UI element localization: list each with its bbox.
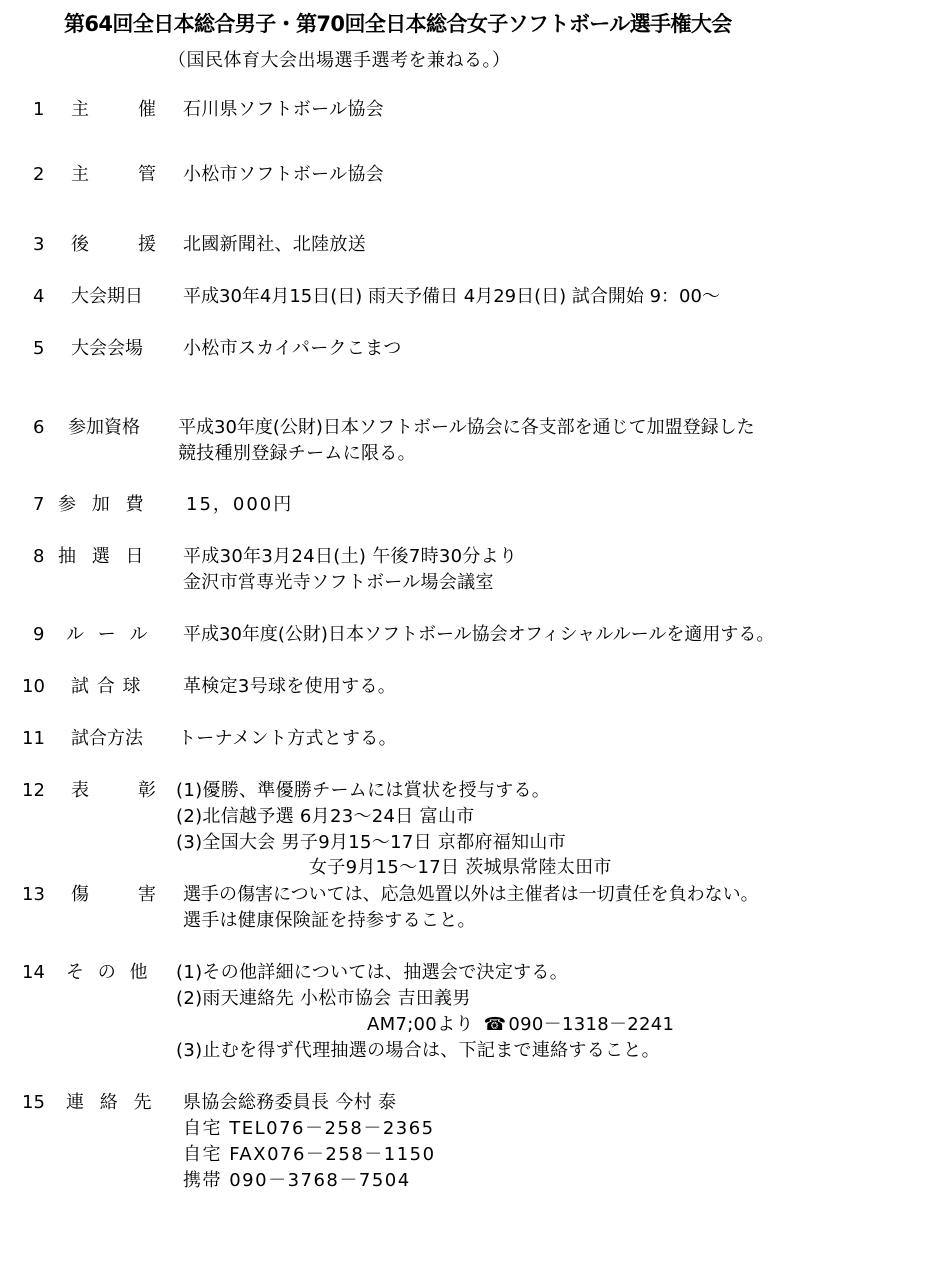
item-number: 14 [22, 962, 45, 984]
document-title: 第64回全日本総合男子・第70回全日本総合女子ソフトボール選手権大会 [64, 8, 732, 38]
item-value: 平成30年3月24日(土) 午後7時30分より [183, 546, 517, 568]
item-value: 競技種別登録チームに限る。 [178, 443, 416, 465]
item-label-part: 表 [71, 780, 89, 802]
item-number: 10 [22, 676, 45, 698]
item-number: 11 [22, 728, 45, 750]
item-label-part: 管 [138, 164, 156, 186]
item-label-part: 後 [71, 234, 89, 256]
item-value: (2)北信越予選 6月23〜24日 富山市 [176, 806, 475, 828]
item-label-part: 害 [138, 884, 156, 906]
item-number: 4 [33, 286, 44, 308]
item-value: 県協会総務委員長 今村 泰 [183, 1092, 396, 1114]
item-number: 6 [33, 417, 44, 439]
item-label: 試合方法 [71, 728, 143, 750]
item-label: 大会会場 [71, 338, 143, 360]
item-label: 連 絡 先 [66, 1092, 156, 1114]
document-subtitle: （国民体育大会出場選手選考を兼ねる。） [168, 46, 511, 72]
item-value: 小松市ソフトボール協会 [183, 164, 384, 186]
item-label-part: 彰 [138, 780, 156, 802]
item-number: 8 [33, 546, 44, 568]
item-label-part: 傷 [71, 884, 89, 906]
item-number: 2 [33, 164, 44, 186]
item-number: 5 [33, 338, 44, 360]
item-value: (1)優勝、準優勝チームには賞状を授与する。 [176, 780, 550, 802]
item-label-part: 催 [138, 99, 156, 121]
item-label: 大会期日 [71, 286, 143, 308]
rain-contact-line: AM7;00より☎090－1318－2241 [367, 1014, 674, 1036]
item-number: 7 [33, 494, 44, 516]
item-label: そ の 他 [66, 962, 151, 984]
item-value: 15，000円 [186, 494, 293, 516]
item-number: 13 [22, 884, 45, 906]
item-value: 平成30年4月15日(日) 雨天予備日 4月29日(日) 試合開始 9：00〜 [183, 286, 720, 308]
item-value: 選手の傷害については、応急処置以外は主催者は一切責任を負わない。 [183, 884, 759, 906]
contact-home-fax: 自宅 FAX076－258－1150 [183, 1144, 436, 1166]
item-value: トーナメント方式とする。 [178, 728, 397, 750]
item-number: 1 [33, 99, 44, 121]
item-label-part: 主 [71, 99, 89, 121]
contact-mobile: 携帯 090－3768－7504 [183, 1170, 411, 1192]
rain-contact-phone: 090－1318－2241 [508, 1014, 674, 1035]
item-value: 小松市スカイパークこまつ [183, 338, 402, 360]
item-label: 抽 選 日 [58, 546, 148, 568]
item-number: 9 [33, 624, 44, 646]
item-value: 平成30年度(公財)日本ソフトボール協会オフィシャルルールを適用する。 [183, 624, 774, 646]
item-value: 平成30年度(公財)日本ソフトボール協会に各支部を通じて加盟登録した [178, 417, 755, 439]
item-value: (3)止むを得ず代理抽選の場合は、下記まで連絡すること。 [176, 1040, 660, 1062]
item-value: 女子9月15〜17日 茨城県常陸太田市 [309, 857, 612, 879]
contact-home-tel: 自宅 TEL076－258－2365 [183, 1118, 435, 1140]
phone-icon: ☎ [484, 1014, 507, 1035]
item-label-part: 援 [138, 234, 156, 256]
item-value: (3)全国大会 男子9月15〜17日 京都府福知山市 [176, 832, 566, 854]
item-number: 3 [33, 234, 44, 256]
item-label: 参 加 費 [58, 494, 148, 516]
item-value: 石川県ソフトボール協会 [183, 99, 384, 121]
item-value: (2)雨天連絡先 小松市協会 吉田義男 [176, 988, 471, 1010]
document-page: 第64回全日本総合男子・第70回全日本総合女子ソフトボール選手権大会 （国民体育… [0, 0, 941, 1270]
item-value: 北國新聞社、北陸放送 [183, 234, 366, 256]
rain-contact-time: AM7;00より [367, 1014, 474, 1035]
item-number: 12 [22, 780, 45, 802]
item-label: ル ー ル [66, 624, 151, 646]
item-value: 選手は健康保険証を持参すること。 [183, 910, 476, 932]
item-label: 参加資格 [68, 417, 140, 439]
item-label: 試 合 球 [71, 676, 141, 698]
item-value: 革検定3号球を使用する。 [183, 676, 396, 698]
item-number: 15 [22, 1092, 45, 1114]
item-value: (1)その他詳細については、抽選会で決定する。 [176, 962, 568, 984]
item-label-part: 主 [71, 164, 89, 186]
item-value: 金沢市営専光寺ソフトボール場会議室 [183, 572, 494, 594]
